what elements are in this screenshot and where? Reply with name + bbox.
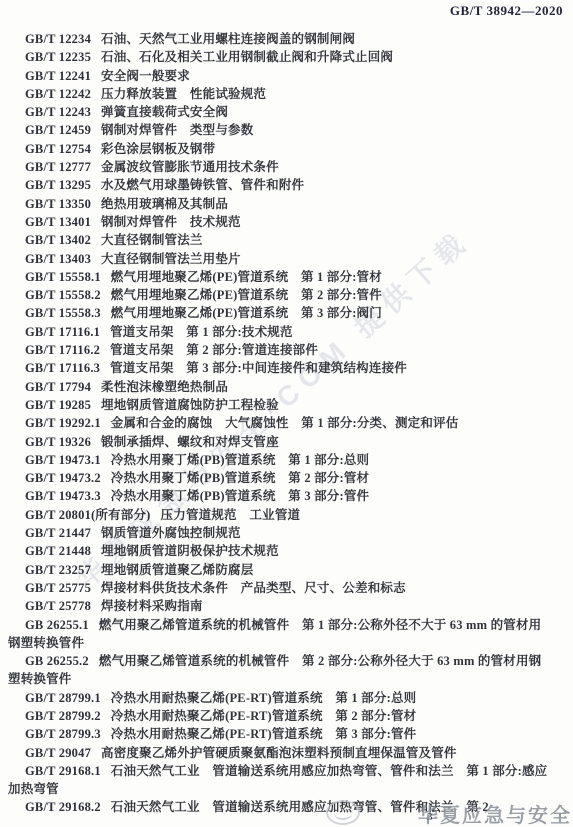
standard-title: 高密度聚乙烯外护管硬质聚氨酯泡沫塑料预制直埋保温管及管件 (101, 746, 457, 760)
standard-title: 水及燃气用球墨铸铁管、管件和附件 (101, 178, 304, 192)
standard-title: 冷热水用耐热聚乙烯(PE-RT)管道系统 第 3 部分:管件 (111, 727, 417, 741)
standard-entry: GB/T 12242压力释放装置 性能试验规范 (8, 85, 553, 103)
standard-title: 石油、天然气工业用螺柱连接阀盖的钢制闸阀 (101, 32, 355, 46)
standard-entry: GB/T 17794柔性泡沫橡塑绝热制品 (8, 378, 553, 396)
standard-code: GB/T 12754 (25, 142, 91, 156)
standard-entry: GB/T 25778焊接材料采购指南 (8, 597, 553, 615)
standard-entry: GB/T 15558.1燃气用埋地聚乙烯(PE)管道系统 第 1 部分:管材 (8, 268, 553, 286)
standard-code: GB/T 25775 (25, 581, 91, 595)
standard-code: GB/T 17116.1 (25, 325, 100, 339)
standard-entry: GB/T 23257埋地钢质管道聚乙烯防腐层 (8, 561, 553, 579)
standard-title: 埋地钢质管道阴极保护技术规范 (101, 544, 279, 558)
standard-entry: GB/T 12777金属波纹管膨胀节通用技术条件 (8, 158, 553, 176)
standard-title: 石油、石化及相关工业用钢制截止阀和升降式止回阀 (101, 50, 393, 64)
standard-title: 锻制承插焊、螺纹和对焊支管座 (101, 435, 279, 449)
standard-title: 管道支吊架 第 3 部分:中间连接件和建筑结构连接件 (110, 361, 407, 375)
standard-title: 金属和合金的腐蚀 大气腐蚀性 第 1 部分:分类、测定和评估 (111, 416, 459, 430)
standard-entry: GB/T 12235石油、石化及相关工业用钢制截止阀和升降式止回阀 (8, 48, 553, 66)
standard-code: GB/T 13401 (25, 215, 91, 229)
standard-title: 管道支吊架 第 1 部分:技术规范 (110, 325, 293, 339)
standard-entry: GB/T 13295水及燃气用球墨铸铁管、管件和附件 (8, 176, 553, 194)
standard-code: GB/T 29168.1 (25, 764, 101, 778)
standard-code: GB/T 28799.2 (25, 709, 101, 723)
standard-title: 弹簧直接载荷式安全阀 (101, 105, 228, 119)
standard-code: GB/T 19473.3 (25, 489, 101, 503)
standard-entry: GB/T 28799.2冷热水用耐热聚乙烯(PE-RT)管道系统 第 2 部分:… (8, 707, 553, 725)
standard-title: 钢质管道外腐蚀控制规范 (101, 526, 241, 540)
standard-entry: GB/T 12459钢制对焊管件 类型与参数 (8, 121, 553, 139)
standard-title: 燃气用埋地聚乙烯(PE)管道系统 第 2 部分:管件 (111, 288, 382, 302)
standard-code: GB/T 20801(所有部分) (25, 508, 151, 522)
footer-brand-watermark: 华夏应急与安全 (418, 799, 572, 827)
standard-entry: GB/T 21448埋地钢质管道阴极保护技术规范 (8, 542, 553, 560)
watermark-logo-inner-shape (334, 806, 352, 820)
standard-code: GB/T 29168.2 (25, 800, 101, 814)
standard-entry: GB/T 15558.2燃气用埋地聚乙烯(PE)管道系统 第 2 部分:管件 (8, 286, 553, 304)
standard-number-header: GB/T 38942—2020 (450, 3, 563, 19)
standard-title: 钢制对焊管件 技术规范 (101, 215, 241, 229)
watermark-logo-icon (326, 800, 360, 825)
standard-title: 柔性泡沫橡塑绝热制品 (101, 380, 228, 394)
standard-code: GB/T 29047 (25, 746, 91, 760)
standard-code: GB/T 13350 (25, 197, 91, 211)
standard-entry: GB/T 13350绝热用玻璃棉及其制品 (8, 195, 553, 213)
standard-entry: GB/T 17116.2管道支吊架 第 2 部分:管道连接部件 (8, 341, 553, 359)
standard-entry: GB/T 28799.3冷热水用耐热聚乙烯(PE-RT)管道系统 第 3 部分:… (8, 725, 553, 743)
standard-entry: GB/T 28799.1冷热水用耐热聚乙烯(PE-RT)管道系统 第 1 部分:… (8, 689, 553, 707)
standard-title: 大直径钢制管法兰用垫片 (101, 252, 241, 266)
document-page: 华夏应急与安全·COM 提供下载 GB/T 38942—2020 GB/T 12… (0, 0, 573, 827)
standard-code: GB/T 17116.3 (25, 361, 100, 375)
standard-code: GB/T 13403 (25, 252, 91, 266)
standard-entry: GB/T 21447钢质管道外腐蚀控制规范 (8, 524, 553, 542)
standard-code: GB/T 15558.2 (25, 288, 101, 302)
standard-code: GB/T 15558.1 (25, 270, 101, 284)
standard-code: GB/T 12459 (25, 123, 91, 137)
standard-entry: GB/T 19473.2冷热水用聚丁烯(PB)管道系统 第 2 部分:管材 (8, 469, 553, 487)
standard-title: 压力释放装置 性能试验规范 (101, 87, 266, 101)
standard-title: 焊接材料采购指南 (101, 599, 203, 613)
standard-code: GB/T 15558.3 (25, 306, 101, 320)
standard-code: GB/T 21447 (25, 526, 91, 540)
standard-entry: GB/T 15558.3燃气用埋地聚乙烯(PE)管道系统 第 3 部分:阀门 (8, 304, 553, 322)
standard-title: 管道支吊架 第 2 部分:管道连接部件 (110, 343, 318, 357)
standard-entry: GB/T 19292.1金属和合金的腐蚀 大气腐蚀性 第 1 部分:分类、测定和… (8, 414, 553, 432)
standard-title: 埋地钢质管道腐蚀防护工程检验 (101, 398, 279, 412)
standard-entry: GB/T 13403大直径钢制管法兰用垫片 (8, 250, 553, 268)
standard-entry: GB/T 17116.1管道支吊架 第 1 部分:技术规范 (8, 323, 553, 341)
standard-title: 冷热水用聚丁烯(PB)管道系统 第 3 部分:管件 (111, 489, 369, 503)
standard-code: GB 26255.1 (25, 618, 89, 632)
references-list: GB/T 12234石油、天然气工业用螺柱连接阀盖的钢制闸阀GB/T 12235… (0, 30, 573, 817)
standard-code: GB/T 28799.1 (25, 691, 101, 705)
standard-title: 金属波纹管膨胀节通用技术条件 (101, 160, 279, 174)
standard-code: GB/T 28799.3 (25, 727, 101, 741)
standard-code: GB/T 19292.1 (25, 416, 101, 430)
standard-code: GB/T 17794 (25, 380, 91, 394)
standard-code: GB/T 12241 (25, 69, 91, 83)
standard-entry: GB 26255.2燃气用聚乙烯管道系统的机械管件 第 2 部分:公称外径大于 … (8, 652, 553, 689)
standard-code: GB/T 12234 (25, 32, 91, 46)
standard-title: 钢制对焊管件 类型与参数 (101, 123, 253, 137)
standard-title: 大直径钢制管法兰 (101, 233, 203, 247)
standard-entry: GB/T 19473.1冷热水用聚丁烯(PB)管道系统 第 1 部分:总则 (8, 451, 553, 469)
standard-code: GB/T 19473.2 (25, 471, 101, 485)
standard-entry: GB/T 12243弹簧直接载荷式安全阀 (8, 103, 553, 121)
standard-entry: GB/T 12241安全阀一般要求 (8, 67, 553, 85)
standard-title: 埋地钢质管道聚乙烯防腐层 (101, 563, 253, 577)
standard-entry: GB/T 29168.1石油天然气工业 管道输送系统用感应加热弯管、管件和法兰 … (8, 762, 553, 799)
standard-code: GB/T 19285 (25, 398, 91, 412)
standard-entry: GB/T 19473.3冷热水用聚丁烯(PB)管道系统 第 3 部分:管件 (8, 487, 553, 505)
standard-code: GB/T 17116.2 (25, 343, 100, 357)
standard-title: 安全阀一般要求 (101, 69, 190, 83)
standard-title: 冷热水用耐热聚乙烯(PE-RT)管道系统 第 1 部分:总则 (111, 691, 417, 705)
standard-entry: GB/T 12754彩色涂层钢板及钢带 (8, 140, 553, 158)
standard-title: 冷热水用聚丁烯(PB)管道系统 第 1 部分:总则 (111, 453, 369, 467)
standard-title: 燃气用埋地聚乙烯(PE)管道系统 第 1 部分:管材 (111, 270, 382, 284)
standard-entry: GB/T 13402大直径钢制管法兰 (8, 231, 553, 249)
standard-title: 绝热用玻璃棉及其制品 (101, 197, 228, 211)
standard-code: GB/T 12777 (25, 160, 91, 174)
standard-entry: GB/T 19326锻制承插焊、螺纹和对焊支管座 (8, 433, 553, 451)
standard-entry: GB/T 19285埋地钢质管道腐蚀防护工程检验 (8, 396, 553, 414)
standard-code: GB/T 23257 (25, 563, 91, 577)
standard-code: GB/T 19326 (25, 435, 91, 449)
standard-code: GB/T 13402 (25, 233, 91, 247)
standard-code: GB/T 19473.1 (25, 453, 101, 467)
standard-code: GB/T 12243 (25, 105, 91, 119)
standard-code: GB/T 25778 (25, 599, 91, 613)
standard-entry: GB/T 29047高密度聚乙烯外护管硬质聚氨酯泡沫塑料预制直埋保温管及管件 (8, 744, 553, 762)
standard-code: GB/T 12235 (25, 50, 91, 64)
standard-title: 彩色涂层钢板及钢带 (101, 142, 215, 156)
standard-entry: GB 26255.1燃气用聚乙烯管道系统的机械管件 第 1 部分:公称外径不大于… (8, 616, 553, 653)
standard-entry: GB/T 12234石油、天然气工业用螺柱连接阀盖的钢制闸阀 (8, 30, 553, 48)
standard-title: 冷热水用聚丁烯(PB)管道系统 第 2 部分:管材 (111, 471, 369, 485)
standard-title: 冷热水用耐热聚乙烯(PE-RT)管道系统 第 2 部分:管材 (111, 709, 417, 723)
standard-code: GB/T 13295 (25, 178, 91, 192)
standard-entry: GB/T 17116.3管道支吊架 第 3 部分:中间连接件和建筑结构连接件 (8, 359, 553, 377)
standard-entry: GB/T 25775焊接材料供货技术条件 产品类型、尺寸、公差和标志 (8, 579, 553, 597)
standard-title: 焊接材料供货技术条件 产品类型、尺寸、公差和标志 (101, 581, 406, 595)
standard-code: GB/T 12242 (25, 87, 91, 101)
standard-title: 压力管道规范 工业管道 (161, 508, 301, 522)
standard-entry: GB/T 13401钢制对焊管件 技术规范 (8, 213, 553, 231)
page-number: 3 (427, 811, 433, 823)
standard-title: 燃气用埋地聚乙烯(PE)管道系统 第 3 部分:阀门 (111, 306, 382, 320)
standard-entry: GB/T 20801(所有部分)压力管道规范 工业管道 (8, 506, 553, 524)
standard-code: GB/T 21448 (25, 544, 91, 558)
standard-code: GB 26255.2 (25, 654, 89, 668)
